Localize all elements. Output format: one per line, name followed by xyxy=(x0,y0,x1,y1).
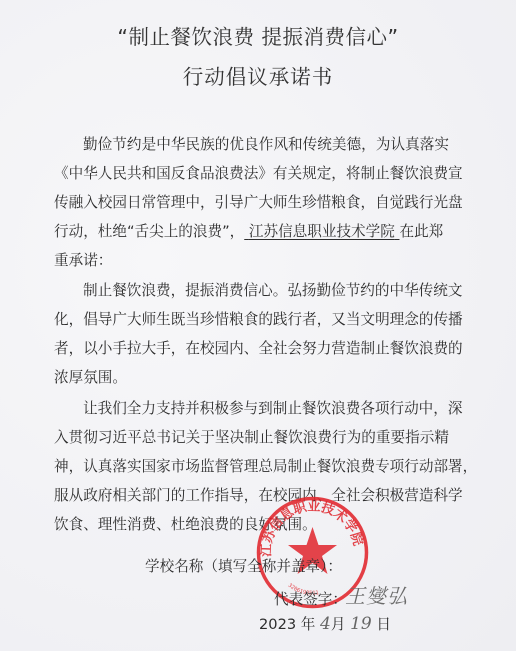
paragraph-2-line-3: 者，以小手拉大手，在校园内、全社会努力营造制止餐饮浪费的 xyxy=(54,339,449,359)
paragraph-1-line-2: 《中华人民共和国反食品浪费法》有关规定，将制止餐饮浪费宣 xyxy=(54,164,449,184)
paragraph-3-line-4: 服从政府相关部门的工作指导，在校园内、全社会积极营造科学 xyxy=(54,486,449,506)
paragraph-1-line-1: 勤俭节约是中华民族的优良作风和传统美德，为认真落实 xyxy=(83,135,449,155)
document-page: “制止餐饮浪费 提振消费信心” 行动倡议承诺书 勤俭节约是中华民族的优良作风和传… xyxy=(0,0,516,651)
line-4-text: 行动，杜绝“舌尖上的浪费”， xyxy=(54,223,244,240)
paragraph-2-line-1: 制止餐饮浪费，提振消费信心。弘扬勤俭节约的中华传统文 xyxy=(83,281,449,301)
paragraph-3-line-2: 入贯彻习近平总书记关于坚决制止餐饮浪费行为的重要指示精 xyxy=(54,428,449,448)
paragraph-3-line-1: 让我们全力支持并积极参与到制止餐饮浪费各项行动中，深 xyxy=(83,399,449,419)
date-year: 2023 年 xyxy=(259,616,315,633)
paragraph-2-line-2: 化，倡导广大师生既当珍惜粮食的践行者，又当文明理念的传播 xyxy=(54,310,449,330)
date-line: 2023 年 4月 19 日 xyxy=(259,613,391,634)
school-name: 江苏信息职业技术学院 xyxy=(249,223,395,240)
paragraph-1-line-4: 行动，杜绝“舌尖上的浪费”， 江苏信息职业技术学院 在此郑 xyxy=(54,222,449,242)
paragraph-1-line-3: 传融入校园日常管理中，引导广大师生珍惜粮食，自觉践行光盘 xyxy=(54,193,449,213)
paragraph-3-line-5: 饮食、理性消费、杜绝浪费的良好氛围。 xyxy=(54,515,449,535)
paragraph-3-line-3: 神，认真落实国家市场监督管理总局制止餐饮浪费专项行动部署， xyxy=(54,457,449,477)
school-name-underlined: 江苏信息职业技术学院 xyxy=(244,223,399,240)
school-name-label: 学校名称（填写全称并盖章）： xyxy=(145,555,342,576)
handwritten-signature: 王燮弘 xyxy=(345,580,408,609)
paragraph-1-line-5: 重承诺： xyxy=(54,251,449,271)
representative-signature-label: 代表签字： xyxy=(274,588,347,609)
day-label: 日 xyxy=(376,616,391,633)
date-month-handwritten: 4 xyxy=(320,614,331,634)
title-line-2: 行动倡议承诺书 xyxy=(0,60,516,90)
date-day-handwritten: 19 xyxy=(350,614,372,634)
title-line-1: “制止餐饮浪费 提振消费信心” xyxy=(0,20,516,50)
line-4-tail: 在此郑 xyxy=(399,223,443,240)
month-label: 月 xyxy=(331,616,346,633)
paragraph-2-line-4: 浓厚氛围。 xyxy=(54,368,449,388)
